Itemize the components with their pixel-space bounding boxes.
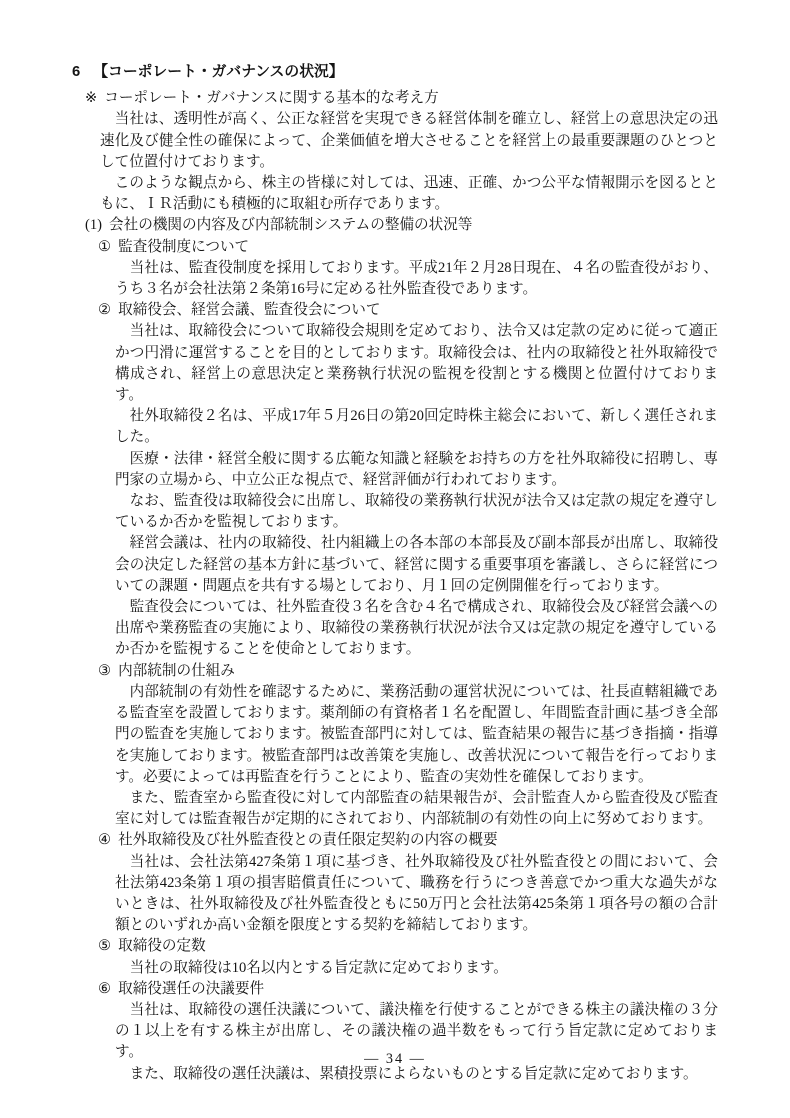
section-number: 6 [72, 64, 80, 80]
item-title: 取締役会、経営会議、監査役会について [118, 300, 380, 321]
paragraph: また、監査室から監査役に対して内部監査の結果報告が、会計監査人から監査役及び監査… [115, 788, 718, 830]
paragraph: 内部統制の有効性を確認するために、業務活動の運営状況については、社長直轄組織であ… [115, 682, 718, 788]
item-title: 監査役制度について [118, 237, 249, 258]
subsection-number: (1) [85, 215, 102, 236]
item-marker: ④ [98, 830, 111, 851]
item-2: ②取締役会、経営会議、監査役会について 当社は、取締役会について取締役会規則を定… [0, 300, 790, 660]
item-marker: ① [98, 237, 111, 258]
paragraph: 当社は、会社法第427条第１項に基づき、社外取締役及び社外監査役との間において、… [115, 852, 718, 937]
item-title: 社外取締役及び社外監査役との責任限定契約の内容の概要 [118, 830, 497, 851]
item-heading: ②取締役会、経営会議、監査役会について [98, 300, 790, 321]
page-number: ― 34 ― [0, 1049, 790, 1070]
paragraph: 経営会議は、社内の取締役、社内組織上の各本部の本部長及び副本部長が出席し、取締役… [115, 533, 718, 597]
paragraph: 当社の取締役は10名以内とする旨定款に定めております。 [115, 958, 718, 979]
item-1: ①監査役制度について 当社は、監査役制度を採用しております。平成21年２月28日… [0, 237, 790, 301]
document-page: 6【コーポレート・ガバナンスの状況】 ※コーポレート・ガバナンスに関する基本的な… [0, 0, 790, 1118]
item-3: ③内部統制の仕組み 内部統制の有効性を確認するために、業務活動の運営状況について… [0, 661, 790, 831]
item-heading: ⑥取締役選任の決議要件 [98, 979, 790, 1000]
paragraph: 医療・法律・経営全般に関する広範な知識と経験をお持ちの方を社外取締役に招聘し、専… [115, 449, 718, 491]
note-heading-text: コーポレート・ガバナンスに関する基本的な考え方 [104, 88, 439, 109]
item-heading: ①監査役制度について [98, 237, 790, 258]
basic-policy-block: ※コーポレート・ガバナンスに関する基本的な考え方 当社は、透明性が高く、公正な経… [0, 88, 790, 215]
paragraph: 監査役会については、社外監査役３名を含む４名で構成され、取締役会及び経営会議への… [115, 597, 718, 661]
item-title: 内部統制の仕組み [118, 661, 235, 682]
paragraph: このような観点から、株主の皆様に対しては、迅速、正確、かつ公平な情報開示を図ると… [100, 173, 718, 215]
item-5: ⑤取締役の定数 当社の取締役は10名以内とする旨定款に定めております。 [0, 936, 790, 978]
item-marker: ③ [98, 661, 111, 682]
section-heading: 6【コーポレート・ガバナンスの状況】 [72, 62, 790, 83]
subsection-title: 会社の機関の内容及び内部統制システムの整備の状況等 [109, 215, 472, 236]
section-title: 【コーポレート・ガバナンスの状況】 [93, 64, 343, 80]
note-marker: ※ [85, 88, 97, 109]
item-heading: ⑤取締役の定数 [98, 936, 790, 957]
subsection-heading: (1)会社の機関の内容及び内部統制システムの整備の状況等 [85, 215, 790, 236]
item-marker: ⑥ [98, 979, 111, 1000]
paragraph: なお、監査役は取締役会に出席し、取締役の業務執行状況が法令又は定款の規定を遵守し… [115, 491, 718, 533]
document-content: 6【コーポレート・ガバナンスの状況】 ※コーポレート・ガバナンスに関する基本的な… [0, 0, 790, 1085]
item-marker: ⑤ [98, 936, 111, 957]
paragraph: 当社は、監査役制度を採用しております。平成21年２月28日現在、４名の監査役がお… [115, 258, 718, 300]
item-4: ④社外取締役及び社外監査役との責任限定契約の内容の概要 当社は、会社法第427条… [0, 830, 790, 936]
paragraph: 当社は、透明性が高く、公正な経営を実現できる経営体制を確立し、経営上の意思決定の… [100, 109, 718, 173]
note-heading: ※コーポレート・ガバナンスに関する基本的な考え方 [85, 88, 790, 109]
item-title: 取締役の定数 [118, 936, 206, 957]
paragraph: 社外取締役２名は、平成17年５月26日の第20回定時株主総会において、新しく選任… [115, 406, 718, 448]
item-marker: ② [98, 300, 111, 321]
paragraph: 当社は、取締役会について取締役会規則を定めており、法令又は定款の定めに従って適正… [115, 321, 718, 406]
item-heading: ④社外取締役及び社外監査役との責任限定契約の内容の概要 [98, 830, 790, 851]
item-heading: ③内部統制の仕組み [98, 661, 790, 682]
item-title: 取締役選任の決議要件 [118, 979, 264, 1000]
